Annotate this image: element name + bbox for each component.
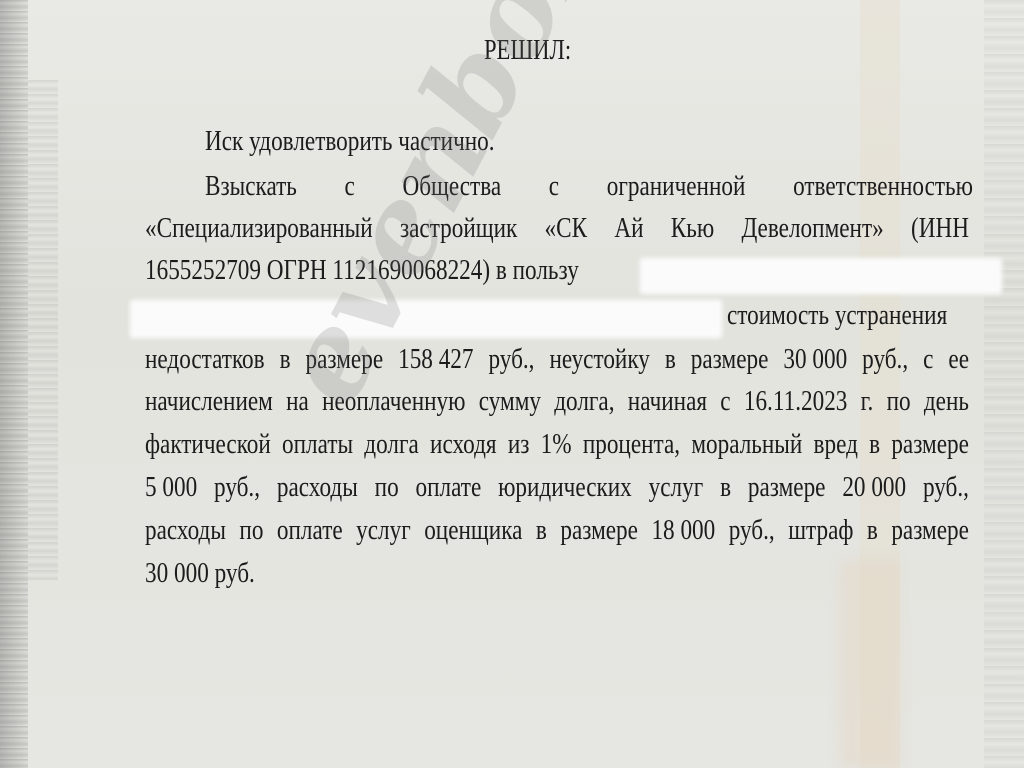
word: на	[286, 384, 309, 418]
word: с	[345, 169, 355, 203]
text-line-3-inn-ogrn: 1655252709 ОГРН 1121690068224) в пользу	[145, 253, 579, 287]
word: г.	[861, 384, 874, 418]
word: руб.,	[488, 342, 534, 376]
word: услуг	[356, 513, 411, 547]
word: 1%	[541, 427, 572, 461]
text-line-10: 30 000 руб.	[145, 556, 255, 590]
word: ответственностью	[793, 169, 973, 203]
word: оценщика	[424, 513, 522, 547]
word: неоплаченную	[322, 384, 465, 418]
text-line-8: 5 000руб.,расходыпооплатеюридическихуслу…	[145, 470, 969, 504]
word: 158 427	[398, 342, 473, 376]
decision-heading: РЕШИЛ:	[124, 34, 923, 67]
paragraph-claim-partially-granted: Иск удовлетворить частично.	[205, 124, 495, 158]
word: недостатков	[145, 342, 265, 376]
word: (ИНН	[911, 211, 969, 245]
word: руб.,	[923, 470, 969, 504]
word: юридических	[498, 470, 632, 504]
word: ограниченной	[607, 169, 746, 203]
word: расходы	[277, 470, 358, 504]
redaction-block-2	[130, 300, 722, 338]
word: размере	[891, 513, 969, 547]
text-line-7: фактическойоплатыдолгаисходяиз1%процента…	[145, 427, 969, 461]
scan-edge-speckle	[28, 80, 58, 580]
word: 30 000	[783, 342, 847, 376]
word: застройщик	[400, 211, 517, 245]
word: в	[536, 513, 547, 547]
word: вред	[814, 427, 858, 461]
word: в	[869, 427, 880, 461]
word: из	[508, 427, 530, 461]
word: ее	[948, 342, 969, 376]
word: Общества	[402, 169, 501, 203]
word: моральный	[691, 427, 802, 461]
word: 20 000	[842, 470, 906, 504]
word: с	[720, 384, 730, 418]
word: оплаты	[282, 427, 353, 461]
word: в	[665, 342, 676, 376]
text-line-2: «Специализированныйзастройщик«СКАйКьюДев…	[145, 211, 969, 245]
scanned-document-page: РЕШИЛ: Иск удовлетворить частично. Взыск…	[0, 0, 1024, 768]
word: оплате	[416, 470, 482, 504]
text-line-6: начислениемнанеоплаченнуюсуммудолга,начи…	[145, 384, 969, 418]
word: 5 000	[145, 470, 197, 504]
word: с	[549, 169, 559, 203]
text-line-4: стоимость устранения	[727, 298, 947, 332]
word: штраф	[788, 513, 853, 547]
text-line-9: расходыпооплатеуслугоценщикавразмере18 0…	[145, 513, 969, 547]
word: размере	[891, 427, 969, 461]
word: 16.11.2023	[744, 384, 848, 418]
word: руб.,	[214, 470, 260, 504]
word: день	[924, 384, 969, 418]
paper-stain	[840, 560, 900, 768]
scan-edge-left	[0, 0, 28, 768]
word: руб.,	[862, 342, 908, 376]
text-line-1: ВзыскатьсОбществасограниченнойответствен…	[205, 169, 973, 203]
word: Кью	[671, 211, 714, 245]
word: по	[887, 384, 911, 418]
word: размере	[691, 342, 769, 376]
word: по	[239, 513, 263, 547]
word: Взыскать	[205, 169, 297, 203]
redaction-block-1	[640, 258, 1002, 294]
word: по	[375, 470, 399, 504]
word: руб.,	[729, 513, 775, 547]
word: расходы	[145, 513, 226, 547]
word: размере	[748, 470, 826, 504]
word: в	[720, 470, 731, 504]
word: долга,	[554, 384, 614, 418]
word: начислением	[145, 384, 273, 418]
word: процента,	[583, 427, 680, 461]
word: фактической	[145, 427, 271, 461]
word: «СК	[545, 211, 588, 245]
scan-edge-right	[984, 0, 1024, 768]
word: Ай	[614, 211, 643, 245]
word: неустойку	[549, 342, 649, 376]
word: в	[280, 342, 291, 376]
word: «Специализированный	[145, 211, 373, 245]
word: размере	[560, 513, 638, 547]
word: Девелопмент»	[741, 211, 883, 245]
word: услуг	[649, 470, 704, 504]
text-line-5: недостатковвразмере158 427руб.,неустойку…	[145, 342, 969, 376]
word: в	[867, 513, 878, 547]
word: размере	[306, 342, 384, 376]
word: исходя	[430, 427, 497, 461]
word: начиная	[628, 384, 707, 418]
word: оплате	[277, 513, 343, 547]
word: сумму	[479, 384, 541, 418]
word: 18 000	[651, 513, 715, 547]
word: долга	[364, 427, 419, 461]
word: с	[923, 342, 933, 376]
